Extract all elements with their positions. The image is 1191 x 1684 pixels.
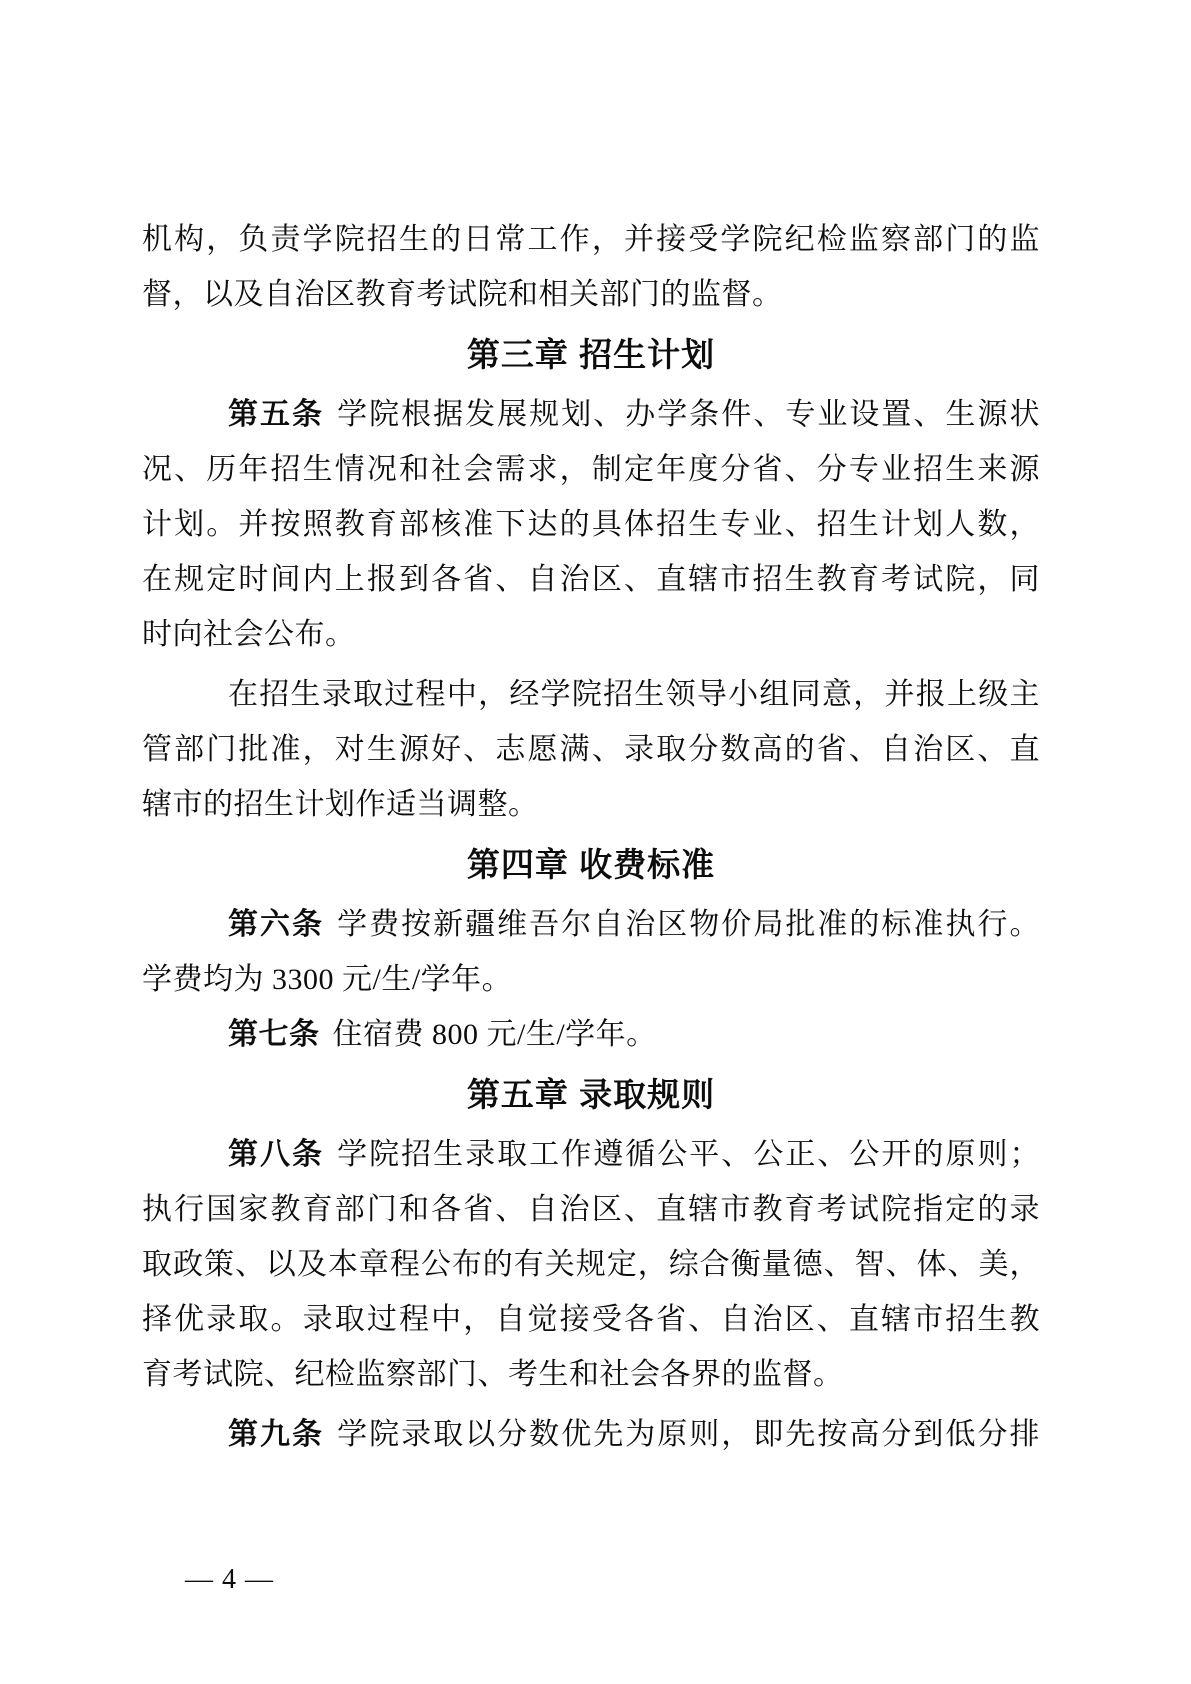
body-line: 执行国家教育部门和各省、自治区、直辖市教育考试院指定的录: [142, 1182, 1040, 1237]
body-line: 计划。并按照教育部核准下达的具体招生专业、招生计划人数，: [142, 497, 1040, 552]
body-line: 督，以及自治区教育考试院和相关部门的监督。: [142, 267, 1040, 322]
article-number: 第六条: [228, 908, 324, 941]
body-line: 择优录取。录取过程中，自觉接受各省、自治区、直辖市招生教: [142, 1292, 1040, 1347]
body-line: 在招生录取过程中，经学院招生领导小组同意，并报上级主: [142, 667, 1040, 722]
body-line: 时向社会公布。: [142, 607, 1040, 662]
document-body: 机构，负责学院招生的日常工作，并接受学院纪检监察部门的监督，以及自治区教育考试院…: [142, 212, 1040, 1462]
article-number: 第八条: [228, 1138, 324, 1171]
body-line: 机构，负责学院招生的日常工作，并接受学院纪检监察部门的监: [142, 212, 1040, 267]
body-line: 在规定时间内上报到各省、自治区、直辖市招生教育考试院，同: [142, 552, 1040, 607]
chapter-heading: 第四章 收费标准: [142, 837, 1040, 892]
body-line: 学费均为 3300 元/生/学年。: [142, 952, 1040, 1007]
body-line: 育考试院、纪检监察部门、考生和社会各界的监督。: [142, 1347, 1040, 1402]
body-line: 取政策、以及本章程公布的有关规定，综合衡量德、智、体、美，: [142, 1237, 1040, 1292]
body-line: 第五条学院根据发展规划、办学条件、专业设置、生源状: [142, 387, 1040, 442]
body-line: 第九条学院录取以分数优先为原则，即先按高分到低分排: [142, 1407, 1040, 1462]
article-number: 第九条: [228, 1418, 324, 1451]
chapter-heading: 第三章 招生计划: [142, 327, 1040, 382]
body-line: 第六条学费按新疆维吾尔自治区物价局批准的标准执行。: [142, 897, 1040, 952]
body-line: 第八条学院招生录取工作遵循公平、公正、公开的原则；: [142, 1127, 1040, 1182]
page-footer: — 4 —: [185, 1564, 274, 1596]
body-line: 况、历年招生情况和社会需求，制定年度分省、分专业招生来源: [142, 442, 1040, 497]
body-line: 第七条住宿费 800 元/生/学年。: [142, 1007, 1040, 1062]
document-page: 机构，负责学院招生的日常工作，并接受学院纪检监察部门的监督，以及自治区教育考试院…: [0, 0, 1191, 1684]
chapter-heading: 第五章 录取规则: [142, 1067, 1040, 1122]
page-number: — 4 —: [185, 1564, 274, 1595]
body-line: 辖市的招生计划作适当调整。: [142, 777, 1040, 832]
article-number: 第五条: [228, 398, 324, 431]
article-number: 第七条: [228, 1018, 320, 1051]
body-line: 管部门批准，对生源好、志愿满、录取分数高的省、自治区、直: [142, 722, 1040, 777]
